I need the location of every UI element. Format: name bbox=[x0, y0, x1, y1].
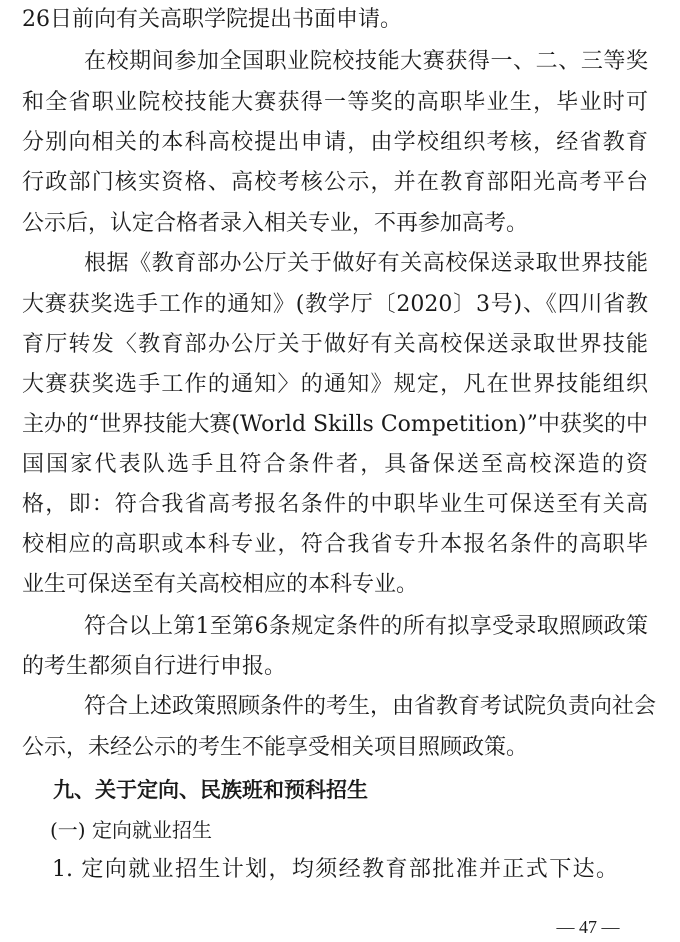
paragraph-line: 格，即：符合我省高考报名条件的中职毕业生可保送至有关高 bbox=[22, 485, 648, 525]
paragraph-line: 业生可保送至有关高校相应的本科专业。 bbox=[22, 565, 648, 605]
paragraph-line: 在校期间参加全国职业院校技能大赛获得一、二、三等奖 bbox=[84, 42, 648, 82]
subsection-heading: (一) 定向就业招生 bbox=[50, 810, 212, 850]
paragraph-line: 根据《教育部办公厅关于做好有关高校保送录取世界技能 bbox=[84, 244, 648, 284]
paragraph-line: 公示，未经公示的考生不能享受相关项目照顾政策。 bbox=[22, 728, 648, 768]
paragraph-line: 和全省职业院校技能大赛获得一等奖的高职毕业生，毕业时可 bbox=[22, 83, 648, 123]
paragraph-line: 行政部门核实资格、高校考核公示，并在教育部阳光高考平台 bbox=[22, 163, 648, 203]
list-item: 1. 定向就业招生计划，均须经教育部批准并正式下达。 bbox=[52, 850, 618, 890]
section-heading: 九、关于定向、民族班和预科招生 bbox=[53, 770, 368, 810]
paragraph-line: 主办的“世界技能大赛(World Skills Competition)”中获奖… bbox=[22, 405, 648, 445]
paragraph-line: 校相应的高职或本科专业，符合我省专升本报名条件的高职毕 bbox=[22, 525, 648, 565]
paragraph-line: 的考生都须自行进行申报。 bbox=[22, 647, 648, 687]
paragraph-line: 国国家代表队选手且符合条件者，具备保送至高校深造的资 bbox=[22, 445, 648, 485]
paragraph-line: 26日前向有关高职学院提出书面申请。 bbox=[22, 0, 648, 40]
page-number: — 47 — bbox=[545, 914, 631, 940]
paragraph-line: 大赛获奖选手工作的通知》(教学厅〔2020〕3号)、《四川省教 bbox=[22, 285, 648, 325]
paragraph-line: 公示后，认定合格者录入相关专业，不再参加高考。 bbox=[22, 204, 648, 244]
paragraph-line: 分别向相关的本科高校提出申请，由学校组织考核，经省教育 bbox=[22, 123, 648, 163]
paragraph-line: 符合以上第1至第6条规定条件的所有拟享受录取照顾政策 bbox=[84, 607, 648, 647]
paragraph-line: 大赛获奖选手工作的通知〉的通知》规定，凡在世界技能组织 bbox=[22, 365, 648, 405]
paragraph-line: 育厅转发〈教育部办公厅关于做好有关高校保送录取世界技能 bbox=[22, 325, 648, 365]
paragraph-line: 符合上述政策照顾条件的考生，由省教育考试院负责向社会 bbox=[84, 687, 648, 727]
